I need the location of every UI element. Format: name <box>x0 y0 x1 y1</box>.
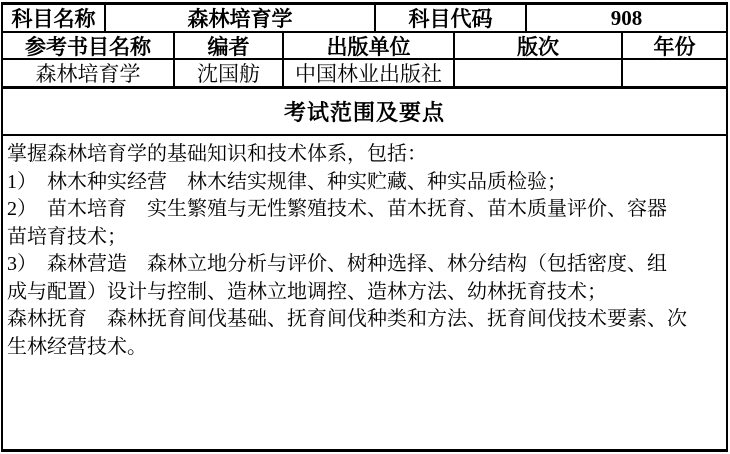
section-title-row: 考试范围及要点 <box>3 89 726 136</box>
value-book-title: 森林培育学 <box>3 60 175 86</box>
subject-row: 科目名称 森林培育学 科目代码 908 <box>3 5 726 33</box>
value-year <box>623 60 726 86</box>
subject-name-label: 科目名称 <box>3 5 106 31</box>
value-edition <box>455 60 623 86</box>
exam-scope-row: 掌握森林培育学的基础知识和技术体系，包括： 1） 林木种实经营 林木结实规律、种… <box>3 136 726 449</box>
header-year: 年份 <box>623 33 726 58</box>
syllabus-table: 科目名称 森林培育学 科目代码 908 参考书目名称 编者 出版单位 版次 年份… <box>1 2 728 452</box>
header-editor: 编者 <box>175 33 284 58</box>
value-publisher: 中国林业出版社 <box>284 60 455 86</box>
body-line: 森林抚育 森林抚育间伐基础、抚育间伐种类和方法、抚育间伐技术要素、次 <box>7 306 722 334</box>
body-line: 苗培育技术； <box>7 224 722 252</box>
exam-scope-text: 掌握森林培育学的基础知识和技术体系，包括： 1） 林木种实经营 林木结实规律、种… <box>3 136 726 449</box>
body-line: 1） 林木种实经营 林木结实规律、种实贮藏、种实品质检验； <box>7 169 722 197</box>
body-line: 成与配置）设计与控制、造林立地调控、造林方法、幼林抚育技术； <box>7 279 722 307</box>
subject-code-value: 908 <box>527 5 726 31</box>
subject-code-label: 科目代码 <box>376 5 527 31</box>
body-line: 掌握森林培育学的基础知识和技术体系，包括： <box>7 141 722 169</box>
header-edition: 版次 <box>455 33 623 58</box>
header-book-title: 参考书目名称 <box>3 33 175 58</box>
value-editor: 沈国舫 <box>175 60 284 86</box>
subject-name-value: 森林培育学 <box>106 5 376 31</box>
section-title: 考试范围及要点 <box>3 89 726 134</box>
body-line: 3） 森林营造 森林立地分析与评价、树种选择、林分结构（包括密度、组 <box>7 251 722 279</box>
reference-header-row: 参考书目名称 编者 出版单位 版次 年份 <box>3 33 726 60</box>
header-publisher: 出版单位 <box>284 33 455 58</box>
body-line: 生林经营技术。 <box>7 334 722 362</box>
body-line: 2） 苗木培育 实生繁殖与无性繁殖技术、苗木抚育、苗木质量评价、容器 <box>7 196 722 224</box>
reference-value-row: 森林培育学 沈国舫 中国林业出版社 <box>3 60 726 89</box>
